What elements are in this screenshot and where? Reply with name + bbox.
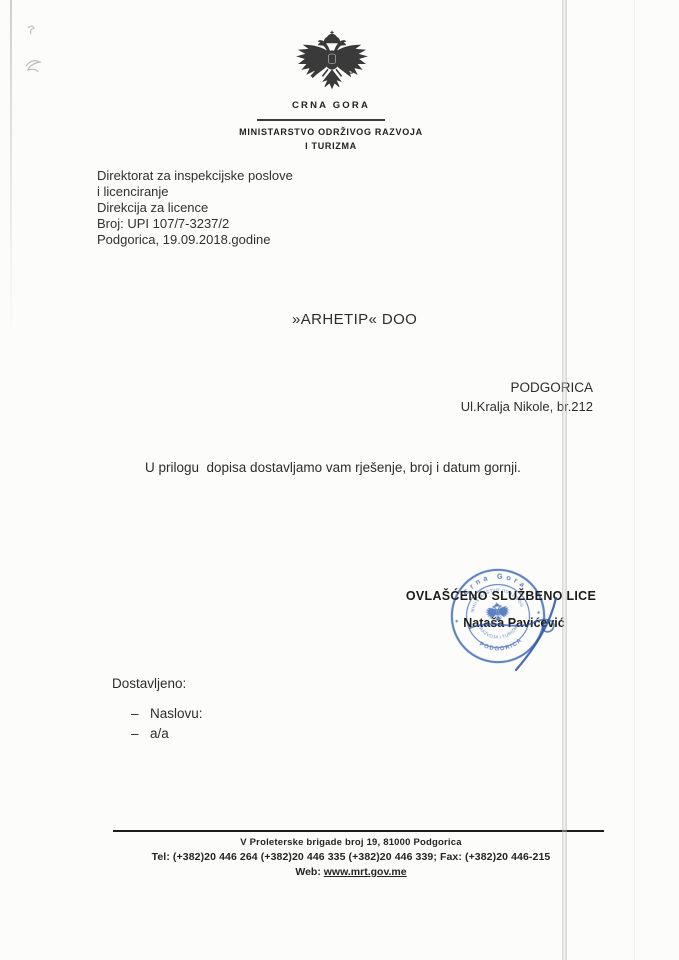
montenegro-coat-of-arms-icon (292, 27, 372, 97)
footer-web-line: Web: www.mrt.gov.me (98, 866, 604, 878)
country-name: CRNA GORA (231, 100, 431, 111)
list-item: –a/a (131, 724, 203, 744)
distribution-item-label: a/a (150, 726, 169, 741)
scan-faint-line (634, 0, 635, 960)
footer-block: V Proleterske brigade broj 19, 81000 Pod… (98, 837, 604, 878)
recipient-city: PODGORICA (390, 378, 593, 397)
dash-bullet: – (131, 724, 150, 744)
footer-web-label: Web: (295, 866, 323, 878)
handwritten-signature (440, 572, 575, 687)
reference-number: Broj: UPI 107/7-3237/2 (97, 216, 293, 232)
letter-body-text: U prilogu dopisa dostavljamo vam rješenj… (145, 460, 521, 475)
recipient-address-block: PODGORICA Ul.Kralja Nikole, br.212 (390, 378, 593, 416)
dash-bullet: – (131, 704, 150, 724)
place-and-date: Podgorica, 19.09.2018.godine (97, 232, 293, 248)
footer-address: V Proleterske brigade broj 19, 81000 Pod… (98, 837, 604, 848)
footer-divider (113, 830, 604, 832)
sender-directorate-2: i licenciranje (97, 184, 293, 200)
scan-fold-line (562, 0, 567, 960)
list-item: –Naslovu: (131, 704, 203, 724)
scanned-letter-page: CRNA GORA MINISTARSTVO ODRŽIVOG RAZVOJA … (0, 0, 679, 960)
distribution-list: –Naslovu: –a/a (131, 704, 203, 743)
scan-left-edge-shadow (10, 0, 12, 340)
recipient-street: Ul.Kralja Nikole, br.212 (390, 397, 593, 416)
sender-directorate-3: Direkcija za licence (97, 200, 293, 216)
ministry-name-line2: I TURIZMA (231, 141, 431, 151)
recipient-name: »ARHETIP« DOO (292, 311, 417, 328)
distribution-item-label: Naslovu: (150, 706, 203, 721)
sender-directorate: Direktorat za inspekcijske poslove (97, 168, 293, 184)
distribution-label: Dostavljeno: (112, 676, 186, 691)
ministry-name-line1: MINISTARSTVO ODRŽIVOG RAZVOJA (231, 127, 431, 137)
footer-phones: Tel: (+382)20 446 264 (+382)20 446 335 (… (98, 851, 604, 863)
footer-web-link: www.mrt.gov.me (324, 866, 407, 878)
pencil-marks (18, 20, 58, 84)
header-divider (257, 119, 385, 121)
sender-block: Direktorat za inspekcijske poslove i lic… (97, 168, 293, 248)
